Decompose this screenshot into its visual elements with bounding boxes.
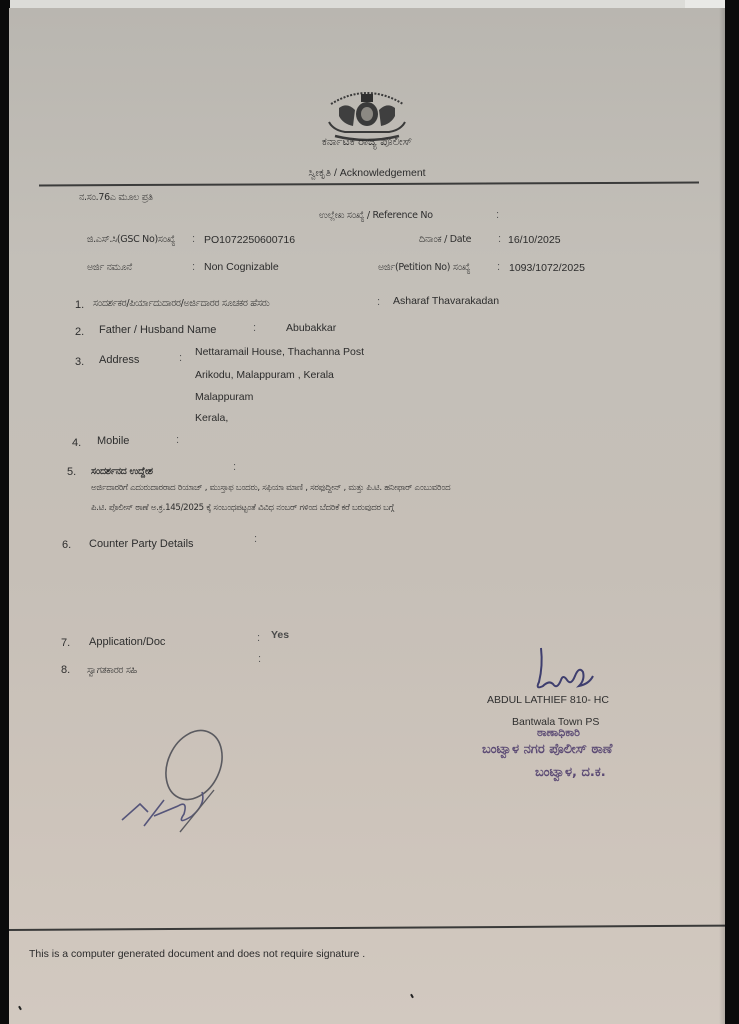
application-doc-label: Application/Doc — [89, 636, 165, 648]
gsc-label: ಜಿ.ಎಸ್.ಸಿ(GSC No)ಸಂಖ್ಯೆ — [87, 234, 175, 245]
footer-disclaimer: This is a computer generated document an… — [29, 948, 365, 960]
header-divider — [39, 182, 699, 187]
address-line-1: Nettaramail House, Thachanna Post — [195, 346, 364, 358]
paper-edge-shadow — [719, 8, 725, 1024]
visitor-name-value: Asharaf Thavarakadan — [393, 295, 499, 307]
stamp-line-1: ಬಂಟ್ವಾಳ ನಗರ ಪೊಲೀಸ್ ಠಾಣೆ — [482, 742, 612, 757]
father-husband-label: Father / Husband Name — [99, 324, 216, 336]
visitor-name-label: ಸಂದರ್ಶಕರ/ಪಿರ್ಯಾದುದಾರರ/ಅರ್ಜಿದಾರರ ಸೂಚಕರ ಹೆ… — [93, 298, 269, 309]
reference-label: ಉಲ್ಲೇಖ ಸಂಖ್ಯೆ / Reference No — [319, 210, 433, 221]
gsc-number: PO1072250600716 — [204, 234, 295, 246]
father-husband-value: Abubakkar — [286, 322, 336, 334]
receiver-signature-label: ಸ್ವಾಗತಕಾರರ ಸಹಿ — [87, 665, 137, 676]
officer-name: ABDUL LATHIEF 810- HC — [487, 694, 609, 706]
stamp-line-2: ಬಂಟ್ವಾಳ, ದ.ಕ. — [535, 765, 606, 780]
complaint-type-value: Non Cognizable — [204, 261, 279, 273]
address-line-3: Malappuram — [195, 391, 253, 403]
application-doc-value: Yes — [271, 629, 289, 641]
address-line-2: Arikodu, Malappuram , Kerala — [195, 369, 334, 381]
petition-number: 1093/1072/2025 — [509, 262, 585, 274]
mobile-label: Mobile — [97, 435, 129, 447]
form-code: ನ.ಸಂ.76ಎ ಮೂಲ ಪ್ರತಿ — [79, 192, 153, 203]
receiver-signature-icon — [114, 720, 234, 840]
footer-divider — [9, 925, 725, 931]
stamp-title: ಠಾಣಾಧಿಕಾರಿ — [537, 726, 580, 740]
reference-colon: : — [496, 209, 499, 221]
petition-label: ಅರ್ಜಿ(Petition No) ಸಂಖ್ಯೆ — [378, 262, 470, 273]
department-title: ಕರ್ನಾಟಕ ರಾಜ್ಯ ಪೊಲೀಸ್ — [9, 135, 725, 149]
complaint-type-label: ಅರ್ಜಿ ನಮೂನೆ — [87, 262, 132, 273]
date-value: 16/10/2025 — [508, 234, 561, 246]
address-line-4: Kerala, — [195, 412, 228, 424]
counter-party-label: Counter Party Details — [89, 538, 194, 550]
dust-speck — [410, 994, 414, 998]
address-label: Address — [99, 354, 139, 366]
purpose-text-line-1: ಅರ್ಜಿದಾರರಿಗೆ ಎದುರುದಾರರಾದ ರಿಯಾಜ್ , ಮುಸ್ತಾ… — [91, 483, 450, 493]
officer-signature-icon — [529, 646, 601, 694]
acknowledgement-document: ಕರ್ನಾಟಕ ರಾಜ್ಯ ಪೊಲೀಸ್ ಸ್ವೀಕೃತಿ / Acknowle… — [9, 8, 725, 1024]
purpose-label: ಸಂದರ್ಶನದ ಉದ್ದೇಶ — [91, 466, 153, 477]
acknowledgement-heading: ಸ್ವೀಕೃತಿ / Acknowledgement — [9, 167, 725, 180]
purpose-text-line-2: ಪಿ.ಟಿ. ಪೊಲೀಸ್ ಠಾಣೆ ಅ.ಕ್ರ.145/2025 ಕ್ಕೆ ಸ… — [91, 503, 394, 513]
dust-speck — [18, 1006, 22, 1010]
date-label: ದಿನಾಂಕ / Date — [419, 234, 471, 245]
